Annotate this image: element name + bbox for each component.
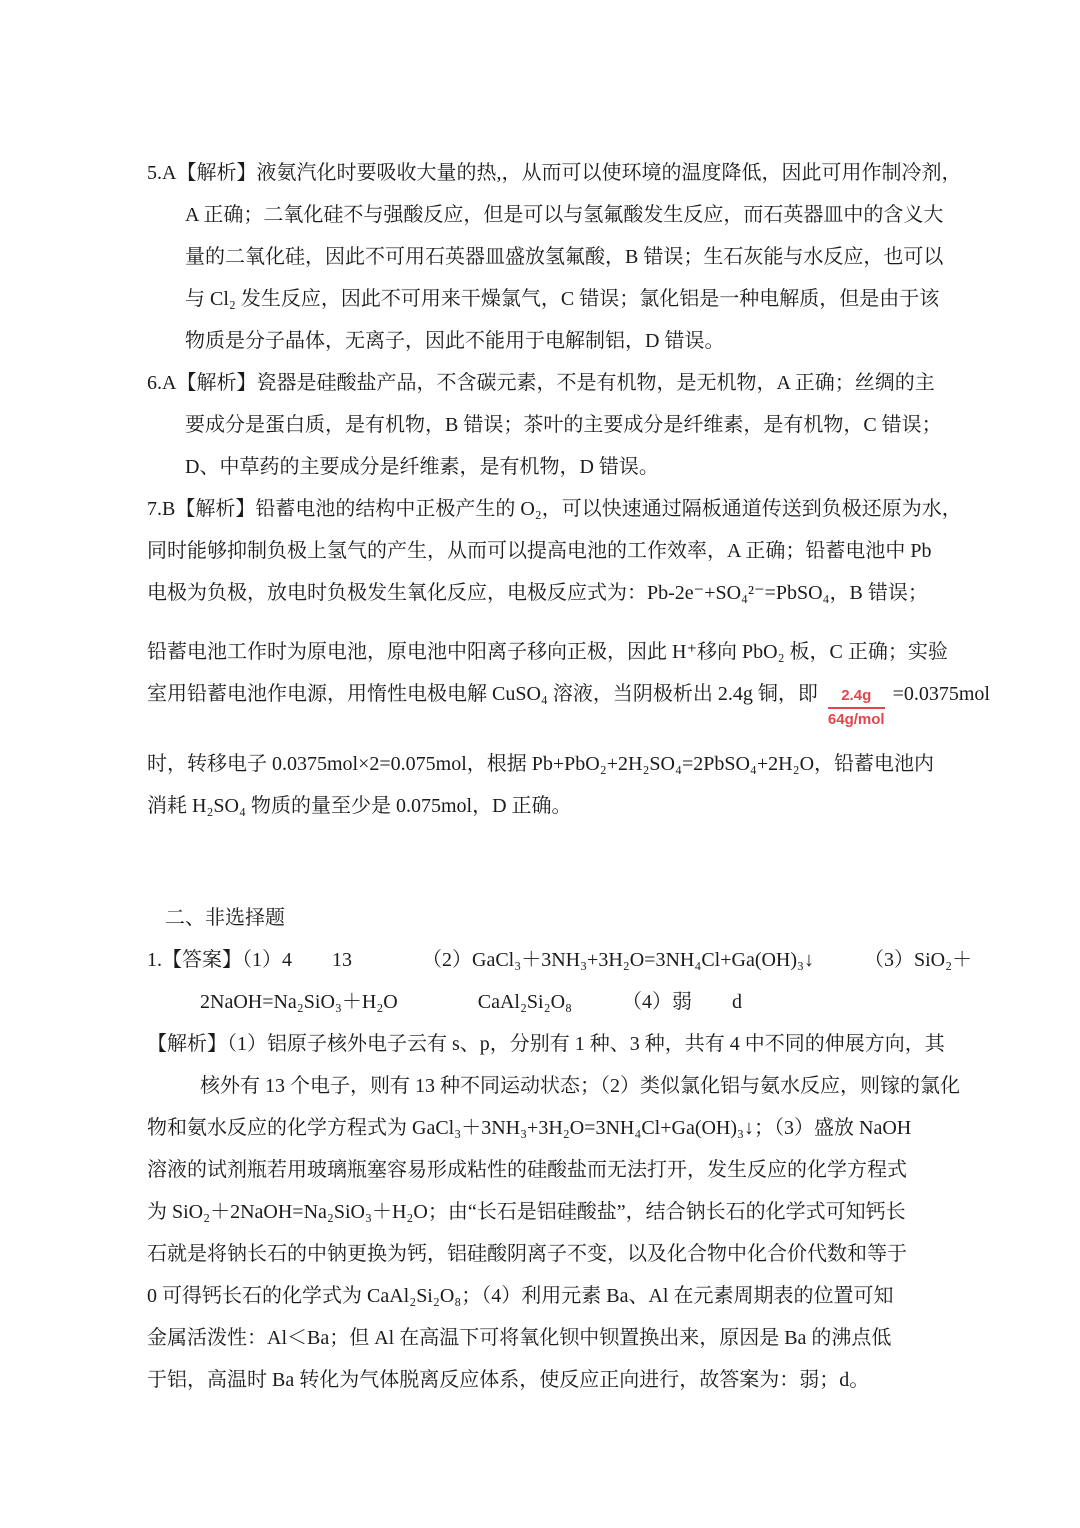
text-line: 核外有 13 个电子，则有 13 种不同运动状态；（2）类似氯化铝与氨水反应，则… <box>147 1065 950 1107</box>
text-line: 与 Cl₂ 发生反应，因此不可用来干燥氯气，C 错误；氯化铝是一种电解质，但是由… <box>147 278 950 320</box>
text-line: 同时能够抑制负极上氢气的产生，从而可以提高电池的工作效率，A 正确；铅蓄电池中 … <box>147 530 950 572</box>
text-line: 0 可得钙长石的化学式为 CaAl₂Si₂O₈；（4）利用元素 Ba、Al 在元… <box>147 1275 950 1317</box>
text-line: 消耗 H₂SO₄ 物质的量至少是 0.075mol，D 正确。 <box>147 785 950 827</box>
text-line: 电极为负极，放电时负极发生氧化反应，电极反应式为：Pb-2e⁻+SO₄²⁻=Pb… <box>147 572 950 614</box>
question-1-answer: 1.【答案】（1）4 13 （2）GaCl₃＋3NH₃+3H₂O=3NH₄Cl+… <box>147 939 950 1023</box>
text-line: 5.A【解析】液氨汽化时要吸收大量的热,，从而可以使环境的温度降低，因此可用作制… <box>147 152 950 194</box>
text-line: 物和氨水反应的化学方程式为 GaCl₃＋3NH₃+3H₂O=3NH₄Cl+Ga(… <box>147 1107 950 1149</box>
mole-fraction: 2.4g64g/mol <box>828 686 885 730</box>
text-line: 于铝，高温时 Ba 转化为气体脱离反应体系，使反应正向进行，故答案为：弱；d。 <box>147 1359 950 1401</box>
text-line: 物质是分子晶体，无离子，因此不能用于电解制铝，D 错误。 <box>147 320 950 362</box>
fraction-line-prefix: 室用铅蓄电池作电源，用惰性电极电解 CuSO₄ 溶液，当阴极析出 2.4g 铜，… <box>147 683 818 705</box>
text-line: 1.【答案】（1）4 13 （2）GaCl₃＋3NH₃+3H₂O=3NH₄Cl+… <box>147 939 950 981</box>
section-2-heading: 二、非选择题 <box>147 897 950 939</box>
fraction-line-suffix: =0.0375mol <box>893 683 990 705</box>
text-line: 石就是将钠长石的中钠更换为钙，铝硅酸阴离子不变，以及化合物中化合价代数和等于 <box>147 1233 950 1275</box>
text-line: 要成分是蛋白质，是有机物，B 错误；茶叶的主要成分是纤维素，是有机物，C 错误； <box>147 404 950 446</box>
text-line: 【解析】（1）铝原子核外电子云有 s、p，分别有 1 种、3 种，共有 4 中不… <box>147 1023 950 1065</box>
text-line: 溶液的试剂瓶若用玻璃瓶塞容易形成粘性的硅酸盐而无法打开，发生反应的化学方程式 <box>147 1149 950 1191</box>
document-page: 5.A【解析】液氨汽化时要吸收大量的热,，从而可以使环境的温度降低，因此可用作制… <box>0 0 1080 1528</box>
text-line: 铅蓄电池工作时为原电池，原电池中阳离子移向正极，因此 H⁺移向 PbO₂ 板，C… <box>147 631 950 673</box>
fraction-denominator: 64g/mol <box>828 709 885 730</box>
text-line: 6.A【解析】瓷器是硅酸盐产品，不含碳元素，不是有机物，是无机物，A 正确；丝绸… <box>147 362 950 404</box>
text-line: 为 SiO₂＋2NaOH=Na₂SiO₃＋H₂O；由“长石是铝硅酸盐”，结合钠长… <box>147 1191 950 1233</box>
question-7-analysis: 7.B【解析】铅蓄电池的结构中正极产生的 O₂，可以快速通过隔板通道传送到负极还… <box>147 488 950 827</box>
text-line-with-fraction: 室用铅蓄电池作电源，用惰性电极电解 CuSO₄ 溶液，当阴极析出 2.4g 铜，… <box>147 673 950 730</box>
question-6-analysis: 6.A【解析】瓷器是硅酸盐产品，不含碳元素，不是有机物，是无机物，A 正确；丝绸… <box>147 362 950 488</box>
fraction-numerator: 2.4g <box>828 686 885 709</box>
text-line: 金属活泼性：Al＜Ba；但 Al 在高温下可将氧化钡中钡置换出来，原因是 Ba … <box>147 1317 950 1359</box>
text-line: 量的二氧化硅，因此不可用石英器皿盛放氢氟酸，B 错误；生石灰能与水反应，也可以 <box>147 236 950 278</box>
text-line: 时，转移电子 0.0375mol×2=0.075mol，根据 Pb+PbO₂+2… <box>147 743 950 785</box>
text-line: 2NaOH=Na₂SiO₃＋H₂O CaAl₂Si₂O₈ （4）弱 d <box>147 981 950 1023</box>
text-line: A 正确；二氧化硅不与强酸反应，但是可以与氢氟酸发生反应，而石英器皿中的含义大 <box>147 194 950 236</box>
question-5-analysis: 5.A【解析】液氨汽化时要吸收大量的热,，从而可以使环境的温度降低，因此可用作制… <box>147 152 950 362</box>
text-line: D、中草药的主要成分是纤维素，是有机物，D 错误。 <box>147 446 950 488</box>
text-line: 7.B【解析】铅蓄电池的结构中正极产生的 O₂，可以快速通过隔板通道传送到负极还… <box>147 488 950 530</box>
question-1-analysis: 【解析】（1）铝原子核外电子云有 s、p，分别有 1 种、3 种，共有 4 中不… <box>147 1023 950 1401</box>
